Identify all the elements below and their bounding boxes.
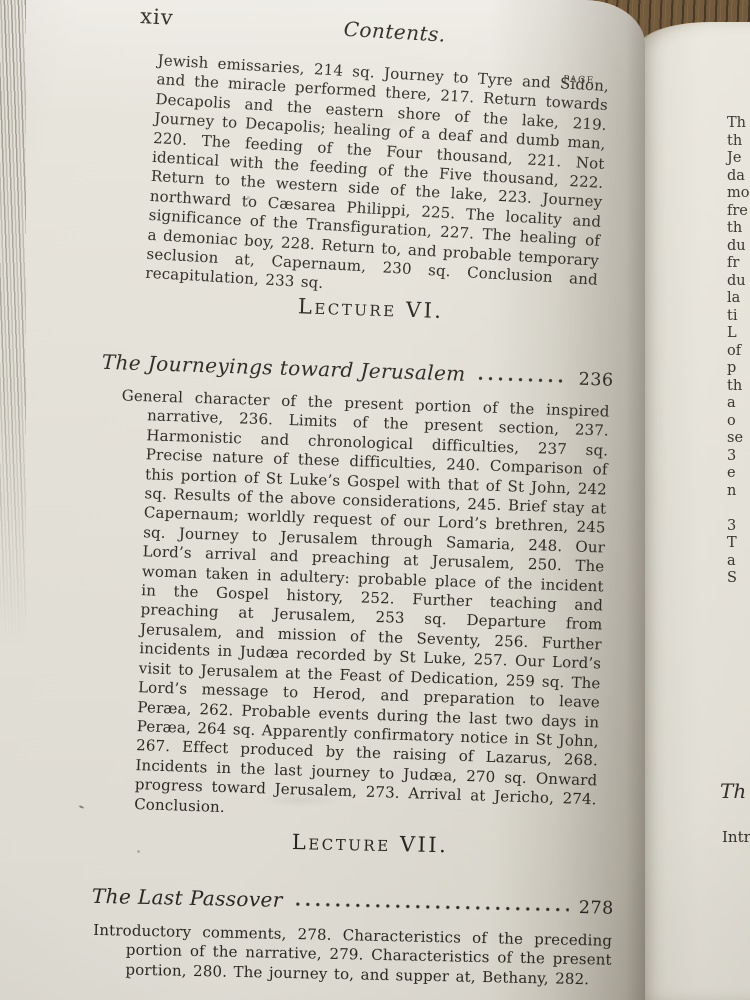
page-header-and-continuation: xiv Contents. PAGE Jewish emissaries, 21… <box>0 0 650 312</box>
paper-fleck <box>128 977 131 979</box>
dot-leader <box>295 899 569 915</box>
lecture-vi-page-number: 236 <box>578 370 614 391</box>
continuation-paragraph: Jewish emissaries, 214 sq. Journey to Ty… <box>145 51 610 310</box>
lecture-vi-summary: General character of the present portion… <box>134 387 610 829</box>
lecture-vii-heading: Lecture VII. <box>70 825 670 862</box>
paper-fleck <box>137 850 140 853</box>
lecture-vii-page-number: 278 <box>579 898 614 919</box>
dot-leader <box>477 373 568 386</box>
wood-table-background: { "palette": { "paper": "#e7e4db", "pape… <box>0 0 750 1000</box>
lecture-vii-title-row: The Last Passover 278 <box>92 884 614 919</box>
paper-fleck <box>247 196 250 199</box>
lecture-vi-title-row: The Journeyings toward Jerusalem 236 <box>101 350 614 391</box>
lecture-vii-summary: Introductory comments, 278. Characterist… <box>125 922 612 990</box>
lecture-vii-section: Lecture VII. The Last Passover 278 Intro… <box>0 824 650 991</box>
lecture-vii-title: The Last Passover <box>92 884 283 912</box>
contents-page-text: xiv Contents. PAGE Jewish emissaries, 21… <box>0 0 750 1000</box>
page-column-label: PAGE <box>563 74 595 86</box>
lecture-vi-section: Lecture VI. The Journeyings toward Jerus… <box>0 284 651 830</box>
lecture-vi-title: The Journeyings toward Jerusalem <box>101 350 466 386</box>
